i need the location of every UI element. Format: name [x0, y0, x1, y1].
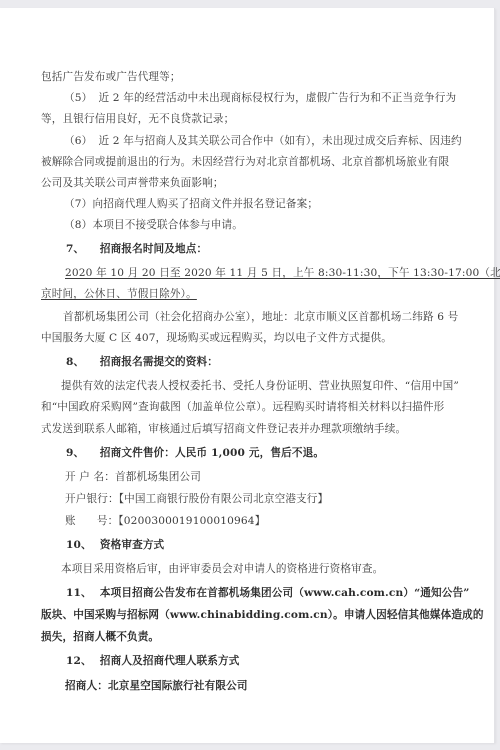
section-number: 9、 [66, 446, 96, 460]
section-number: 12、 [66, 654, 96, 668]
text-line: 版块、中国采购与招标网（www.chinabidding.com.cn）。申请人… [41, 608, 484, 622]
text-line: 提供有效的法定代表人授权委托书、受托人身份证明、营业执照复印件、“信用中国” [61, 379, 459, 393]
list-item-7: （7） 向招商代理人购买了招商文件并报名登记备案； [64, 197, 318, 211]
text-line: 公司及其关联公司声誉带来负面影响； [41, 176, 224, 190]
list-number: （6） [64, 134, 95, 148]
list-text: 近 2 年的经营活动中未出现商标侵权行为，虚假广告行为和不正当竞争行为 [99, 92, 457, 104]
section-title: 招商文件售价：人民币 1,000 元，售后不退。 [100, 447, 324, 459]
section-number: 10、 [66, 538, 96, 552]
text-line: 式发送到联系人邮箱，审核通过后填写招商文件登记表并办理款项缴纳手续。 [41, 422, 406, 436]
text-line: 本项目采用资格后审，由评审委员会对申请人的资格进行资格审查。 [61, 562, 383, 576]
bank-row: 开户银行：【中国工商银行股份有限公司北京空港支行】 [65, 492, 328, 506]
list-item-5: （5） 近 2 年的经营活动中未出现商标侵权行为，虚假广告行为和不正当竞争行为 [64, 91, 456, 105]
list-item-6: （6） 近 2 年与招商人及其关联公司合作中（如有），未出现过成交后弃标、因违约 [64, 134, 462, 148]
section-number: 11、 [66, 586, 96, 600]
list-number: （7） [64, 197, 89, 211]
tenderer-line: 招商人：北京星空国际旅行社有限公司 [65, 679, 248, 693]
section-number: 7、 [66, 242, 96, 256]
account-name-row: 开 户 名：首都机场集团公司 [65, 470, 201, 484]
account-number-row: 账 号：【0200300019100010964】 [65, 514, 265, 528]
section-title: 招商报名时间及地点： [100, 243, 207, 255]
account-number-label: 账 号： [65, 515, 118, 527]
section-heading-7: 7、 招商报名时间及地点： [66, 242, 207, 256]
section-heading-12: 12、 招商人及招商代理人联系方式 [66, 654, 240, 668]
text-line: 等，且银行信用良好，无不良贷款记录； [41, 112, 234, 126]
section-heading-10: 10、 资格审查方式 [66, 538, 164, 552]
list-text: 近 2 年与招商人及其关联公司合作中（如有），未出现过成交后弃标、因违约 [99, 135, 462, 147]
document-page: 包括广告发布或广告代理等； （5） 近 2 年的经营活动中未出现商标侵权行为，虚… [0, 8, 495, 743]
list-number: （8） [64, 218, 89, 232]
section-text: 本项目招商公告发布在首都机场集团公司（www.cah.com.cn）“通知公告” [100, 587, 470, 599]
text-line: 包括广告发布或广告代理等； [41, 70, 181, 84]
list-item-8: （8） 本项目不接受联合体参与申请。 [64, 218, 243, 232]
list-number: （5） [64, 91, 95, 105]
list-text: 本项目不接受联合体参与申请。 [93, 219, 243, 231]
account-number-value: 【0200300019100010964】 [118, 515, 265, 527]
time-text: 京时间，公休日、节假日除外）。 [41, 287, 197, 301]
bank-value: 【中国工商银行股份有限公司北京空港支行】 [119, 493, 329, 505]
section-number: 8、 [66, 355, 96, 369]
address-text: 中国服务大厦 C 区 407，现场购买或远程购买，均以电子文件方式提供。 [41, 331, 392, 345]
text-line: 损失，招商人概不负责。 [41, 630, 159, 644]
list-text: 向招商代理人购买了招商文件并报名登记备案； [93, 198, 319, 210]
text-line: 和“中国政府采购网”查询截图（加盖单位公章）。远程购买时请将相关材料以扫描件形 [41, 400, 444, 414]
section-heading-8: 8、 招商报名需提交的资料： [66, 355, 218, 369]
section-paragraph-11: 11、 本项目招商公告发布在首都机场集团公司（www.cah.com.cn）“通… [66, 586, 470, 600]
account-name-label: 开 户 名： [65, 471, 115, 483]
address-text: 首都机场集团公司（社会化招商办公室），地址：北京市顺义区首都机场二纬路 6 号 [63, 310, 458, 324]
text-line: 被解除合同或提前退出的行为。未因经营行为对北京首都机场、北京首都机场旅业有限 [41, 155, 449, 169]
time-text: 2020 年 10 月 20 日至 2020 年 11 月 5 日，上午 8:3… [65, 266, 500, 280]
section-title: 资格审查方式 [100, 539, 164, 551]
section-title: 招商报名需提交的资料： [100, 356, 218, 368]
section-heading-9: 9、 招商文件售价：人民币 1,000 元，售后不退。 [66, 446, 324, 460]
account-name-value: 首都机场集团公司 [115, 471, 201, 483]
section-title: 招商人及招商代理人联系方式 [100, 655, 240, 667]
bank-label: 开户银行： [65, 493, 119, 505]
